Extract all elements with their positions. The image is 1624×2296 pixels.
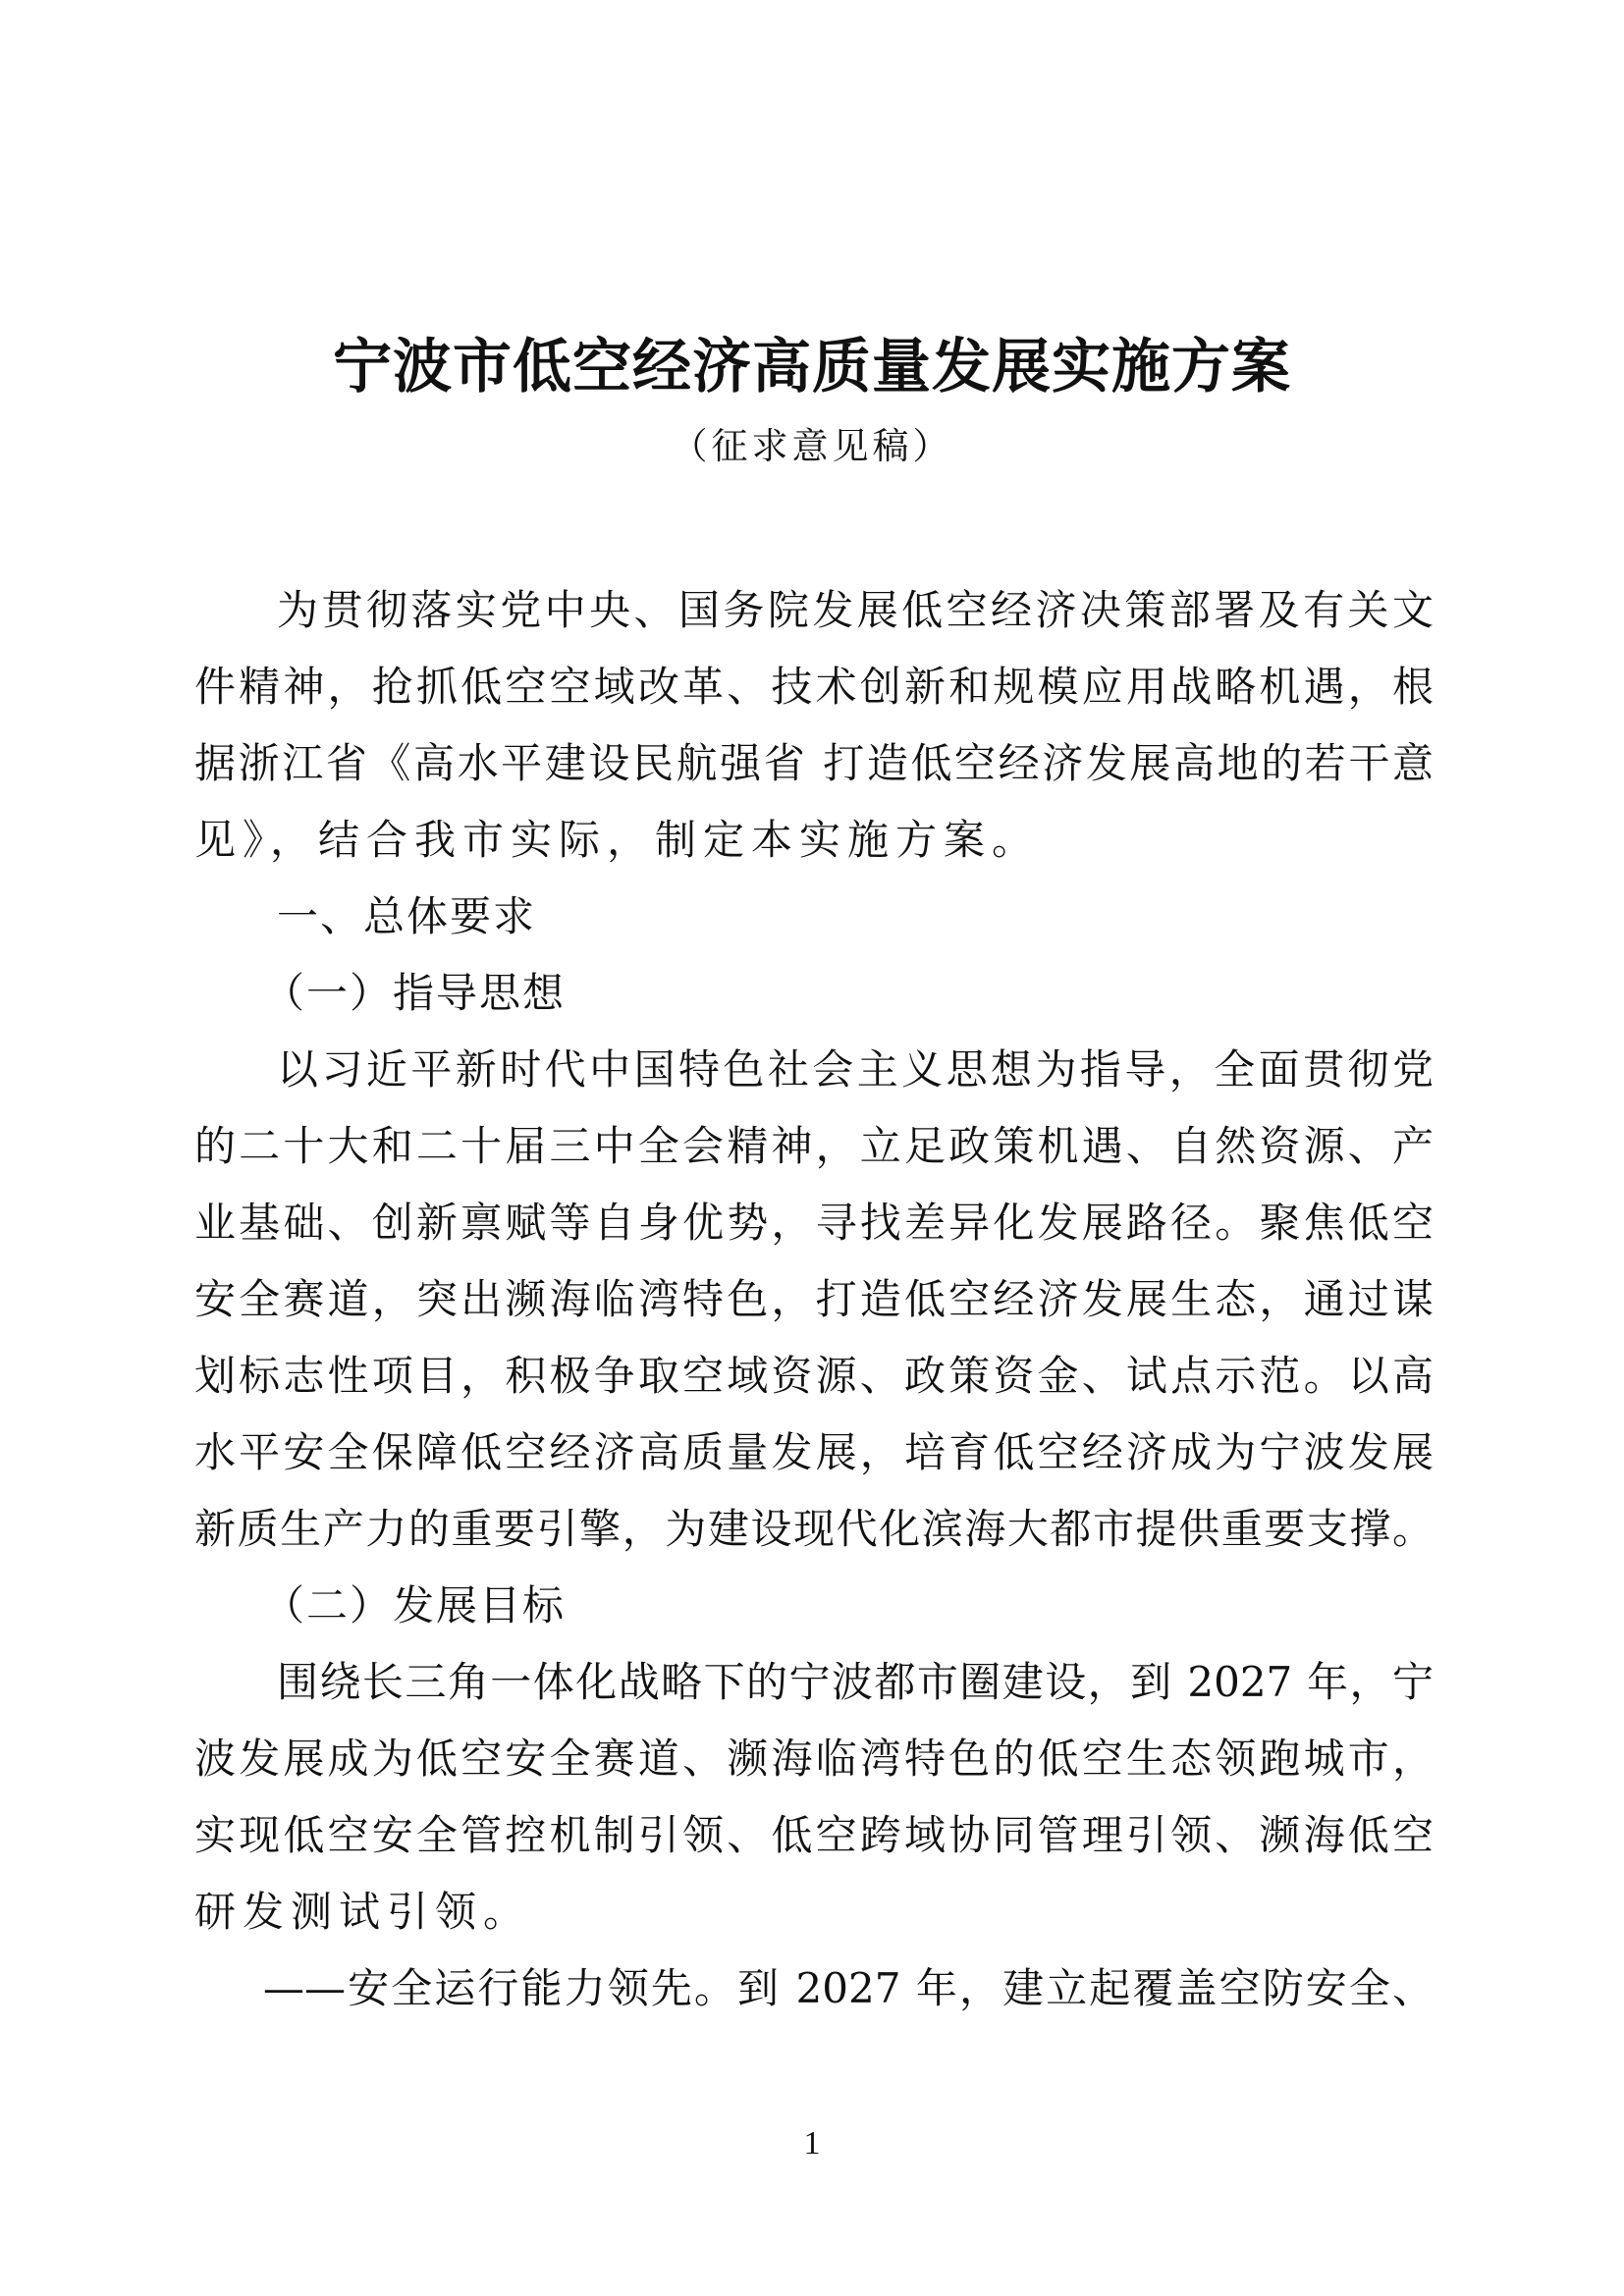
preamble-line: 件精神，抢抓低空空域改革、技术创新和规模应用战略机遇，根 <box>194 658 1434 734</box>
paragraph-line: 水平安全保障低空经济高质量发展，培育低空经济成为宁波发展 <box>194 1423 1434 1500</box>
paragraph-line: 业基础、创新禀赋等自身优势，寻找差异化发展路径。聚焦低空 <box>194 1194 1434 1270</box>
document-title: 宁波市低空经济高质量发展实施方案 <box>0 332 1624 402</box>
paragraph-line: 波发展成为低空安全赛道、濒海临湾特色的低空生态领跑城市， <box>194 1730 1434 1806</box>
paragraph-line: 围绕长三角一体化战略下的宁波都市圈建设，到 2027 年，宁 <box>194 1653 1434 1730</box>
document-subtitle: （征求意见稿） <box>0 422 1624 471</box>
paragraph-line: 安全赛道，突出濒海临湾特色，打造低空经济发展生态，通过谋 <box>194 1270 1434 1347</box>
preamble-line: 为贯彻落实党中央、国务院发展低空经济决策部署及有关文 <box>194 581 1434 658</box>
subsection-heading: （一）指导思想 <box>194 964 1434 1041</box>
page-number: 1 <box>0 2124 1624 2163</box>
paragraph-line: 以习近平新时代中国特色社会主义思想为指导，全面贯彻党 <box>194 1041 1434 1117</box>
subsection-heading: （二）发展目标 <box>194 1576 1434 1653</box>
section-heading: 一、总体要求 <box>194 887 1434 964</box>
document-page: 宁波市低空经济高质量发展实施方案 （征求意见稿） 为贯彻落实党中央、国务院发展低… <box>0 0 1624 2296</box>
paragraph-line: 新质生产力的重要引擎，为建设现代化滨海大都市提供重要支撑。 <box>194 1500 1434 1576</box>
paragraph-line: 研发测试引领。 <box>194 1883 1434 1959</box>
paragraph-line: 划标志性项目，积极争取空域资源、政策资金、试点示范。以高 <box>194 1347 1434 1423</box>
paragraph-line: 的二十大和二十届三中全会精神，立足政策机遇、自然资源、产 <box>194 1117 1434 1194</box>
preamble-line: 据浙江省《高水平建设民航强省 打造低空经济发展高地的若干意 <box>194 734 1434 811</box>
paragraph-line: ——安全运行能力领先。到 2027 年，建立起覆盖空防安全、 <box>194 1959 1434 2036</box>
preamble-line: 见》，结合我市实际，制定本实施方案。 <box>194 811 1434 887</box>
paragraph-line: 实现低空安全管控机制引领、低空跨域协同管理引领、濒海低空 <box>194 1806 1434 1883</box>
